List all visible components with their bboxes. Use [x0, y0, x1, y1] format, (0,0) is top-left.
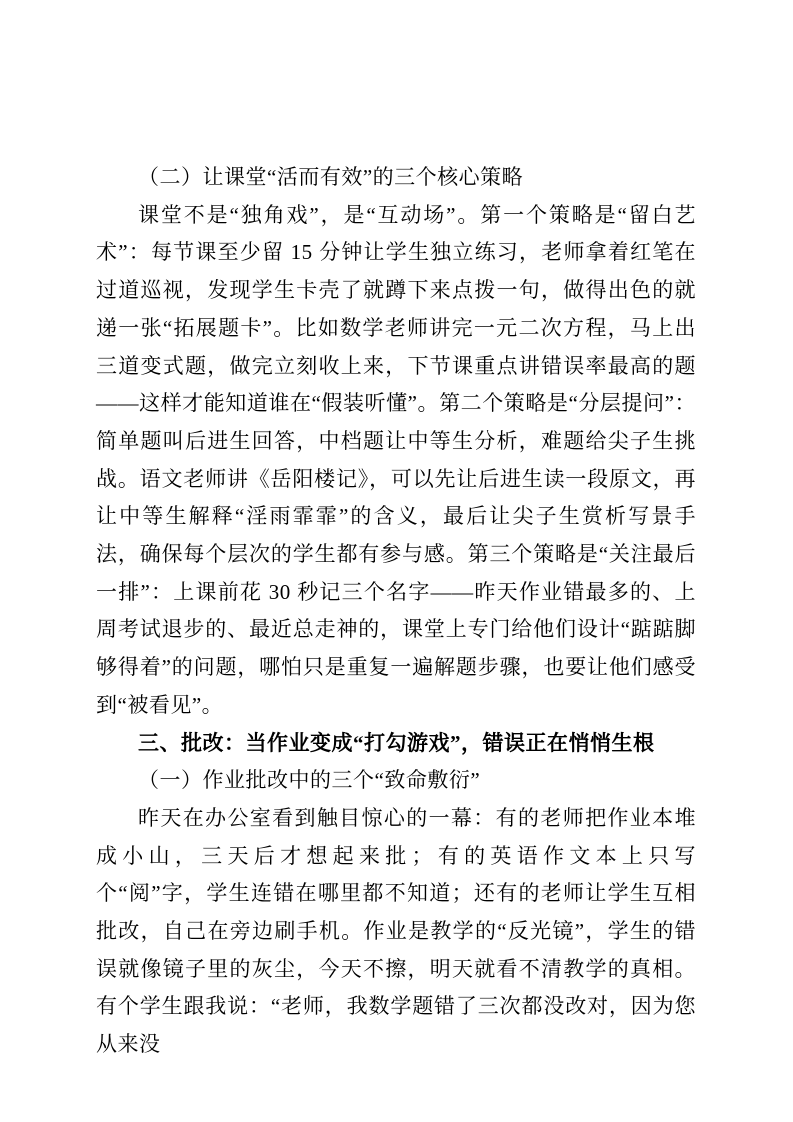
subheading-fatal-negligence: （一）作业批改中的三个“致命敷衍”: [96, 762, 696, 800]
body-paragraph-classroom-strategies: 课堂不是“独角戏”，是“互动场”。第一个策略是“留白艺术”：每节课至少留 15 …: [96, 197, 696, 725]
heading-homework-grading: 三、批改：当作业变成“打勾游戏”，错误正在悄悄生根: [96, 725, 696, 763]
subheading-classroom-strategies: （二）让课堂“活而有效”的三个核心策略: [96, 159, 696, 197]
document-page: （二）让课堂“活而有效”的三个核心策略 课堂不是“独角戏”，是“互动场”。第一个…: [0, 0, 793, 1122]
body-paragraph-grading-scene: 昨天在办公室看到触目惊心的一幕：有的老师把作业本堆成小山，三天后才想起来批；有的…: [96, 800, 696, 1064]
